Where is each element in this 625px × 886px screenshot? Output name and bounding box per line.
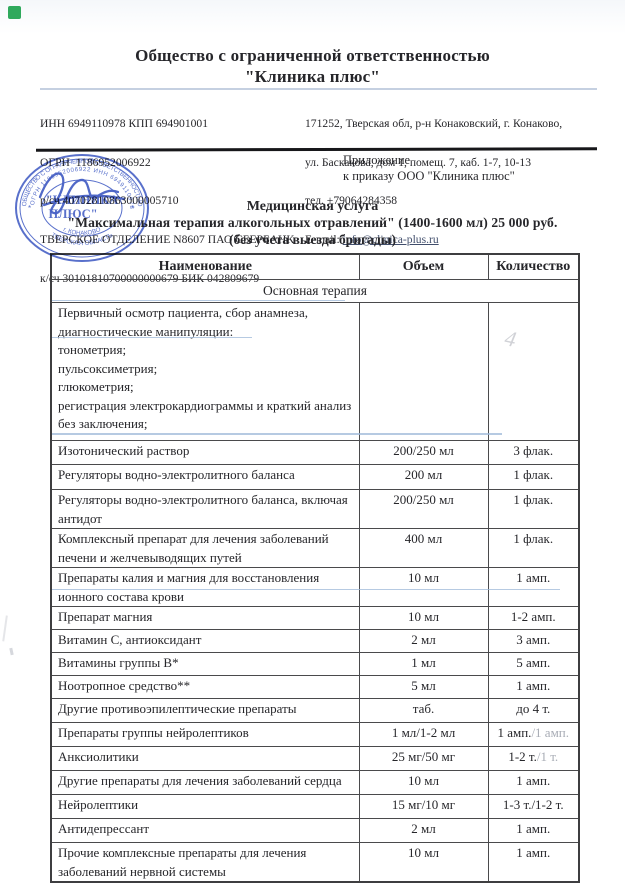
quantity-cell: 1-3 т./1-2 т. <box>488 795 579 819</box>
quantity-cell: 1 флак. <box>488 465 579 490</box>
table-header-row: Наименование Объем Количество <box>51 254 579 280</box>
table-row: Препараты группы нейролептиков1 мл/1-2 м… <box>51 723 579 747</box>
service-note: (без учета выезда бригады) <box>0 232 625 248</box>
item-name-cell: Препараты калия и магния для восстановле… <box>51 568 359 607</box>
header-volume: Объем <box>359 254 488 280</box>
item-name-cell: Антидепрессант <box>51 819 359 843</box>
item-name-cell: Изотонический раствор <box>51 441 359 465</box>
header-divider-thin <box>40 88 597 90</box>
address-line-1: 171252, Тверская обл, р-н Конаковский, г… <box>305 118 562 131</box>
volume-cell: 200 мл <box>359 465 488 490</box>
item-name-cell: Нейролептики <box>51 795 359 819</box>
volume-cell: 15 мг/10 мг <box>359 795 488 819</box>
service-title: Медицинская услуга <box>0 199 625 215</box>
table-row: Ноотропное средство**5 мл1 амп. <box>51 676 579 699</box>
table-row: Витамин С, антиоксидант2 мл3 амп. <box>51 630 579 653</box>
green-marker-icon <box>8 6 21 19</box>
appendix-line-2: к приказу ООО "Клиника плюс" <box>343 169 515 185</box>
item-name-cell: Комплексный препарат для лечения заболев… <box>51 529 359 568</box>
quantity-cell: 1 амп. <box>488 568 579 607</box>
table-body: Первичный осмотр пациента, сбор анамнеза… <box>51 303 579 883</box>
quantity-cell: 1 амп. <box>488 819 579 843</box>
table-row: Прочие комплексные препараты для лечения… <box>51 843 579 883</box>
table-row: Другие противоэпилептические препаратыта… <box>51 699 579 723</box>
volume-cell: 200/250 мл <box>359 490 488 529</box>
quantity-cell: 1 амп./1 амп. <box>488 723 579 747</box>
service-name-price: "Максимальная терапия алкогольных отравл… <box>0 215 625 231</box>
scan-line-artifact <box>52 433 502 435</box>
item-name-cell: Витамины группы В* <box>51 653 359 676</box>
volume-cell: 5 мл <box>359 676 488 699</box>
table-row: Первичный осмотр пациента, сбор анамнеза… <box>51 303 579 441</box>
table-row: Другие препараты для лечения заболеваний… <box>51 771 579 795</box>
quantity-cell <box>488 303 579 441</box>
header-quantity: Количество <box>488 254 579 280</box>
item-name-cell: Препараты группы нейролептиков <box>51 723 359 747</box>
table-row: Комплексный препарат для лечения заболев… <box>51 529 579 568</box>
org-type-title: Общество с ограниченной ответственностью <box>0 46 625 66</box>
volume-cell: 2 мл <box>359 819 488 843</box>
quantity-cell: 3 амп. <box>488 630 579 653</box>
item-name-cell: Регуляторы водно-электролитного баланса <box>51 465 359 490</box>
margin-smudge-artifact <box>2 615 16 642</box>
table-row: Регуляторы водно-электролитного баланса2… <box>51 465 579 490</box>
quantity-cell: 3 флак. <box>488 441 579 465</box>
volume-cell: 10 мл <box>359 771 488 795</box>
appendix-note: Приложение к приказу ООО "Клиника плюс" <box>343 153 515 184</box>
volume-cell: 1 мл <box>359 653 488 676</box>
org-name-title: "Клиника плюс" <box>0 67 625 87</box>
table-row: Регуляторы водно-электролитного баланса,… <box>51 490 579 529</box>
volume-cell: 400 мл <box>359 529 488 568</box>
appendix-line-1: Приложение <box>343 153 515 169</box>
scan-line-artifact <box>52 337 252 338</box>
item-name-cell: Витамин С, антиоксидант <box>51 630 359 653</box>
item-name-cell: Регуляторы водно-электролитного баланса,… <box>51 490 359 529</box>
quantity-cell: 1 амп. <box>488 676 579 699</box>
scan-line-artifact <box>52 300 345 301</box>
quantity-cell: 1 флак. <box>488 490 579 529</box>
table-row: Препараты калия и магния для восстановле… <box>51 568 579 607</box>
table-row: Витамины группы В*1 мл5 амп. <box>51 653 579 676</box>
margin-smudge-artifact <box>9 648 13 655</box>
header-name: Наименование <box>51 254 359 280</box>
volume-cell: 25 мг/50 мг <box>359 747 488 771</box>
item-name-cell: Первичный осмотр пациента, сбор анамнеза… <box>51 303 359 441</box>
quantity-cell: 1 амп. <box>488 843 579 883</box>
item-name-cell: Анксиолитики <box>51 747 359 771</box>
table-row: Анксиолитики25 мг/50 мг1-2 т./1 т. <box>51 747 579 771</box>
scan-noise-band <box>0 0 625 34</box>
volume-cell: 10 мл <box>359 568 488 607</box>
quantity-cell: 5 амп. <box>488 653 579 676</box>
table-row: Антидепрессант2 мл1 амп. <box>51 819 579 843</box>
item-name-cell: Прочие комплексные препараты для лечения… <box>51 843 359 883</box>
item-name-cell: Ноотропное средство** <box>51 676 359 699</box>
item-name-cell: Другие противоэпилептические препараты <box>51 699 359 723</box>
volume-cell: 200/250 мл <box>359 441 488 465</box>
quantity-cell: 1-2 т./1 т. <box>488 747 579 771</box>
inn-kpp-line: ИНН 6949110978 КПП 694901001 <box>40 118 294 131</box>
volume-cell: 10 мл <box>359 607 488 630</box>
quantity-cell: 1 амп. <box>488 771 579 795</box>
volume-cell: таб. <box>359 699 488 723</box>
volume-cell: 1 мл/1-2 мл <box>359 723 488 747</box>
quantity-cell: 1-2 амп. <box>488 607 579 630</box>
table-row: Препарат магния10 мл1-2 амп. <box>51 607 579 630</box>
table-row: Изотонический раствор200/250 мл3 флак. <box>51 441 579 465</box>
ogrn-line: ОГРН 1186952006922 <box>40 157 294 170</box>
services-table: Наименование Объем Количество Основная т… <box>50 253 580 883</box>
volume-cell: 2 мл <box>359 630 488 653</box>
quantity-cell: 1 флак. <box>488 529 579 568</box>
table-row: Нейролептики15 мг/10 мг1-3 т./1-2 т. <box>51 795 579 819</box>
scan-line-artifact <box>52 589 560 590</box>
quantity-cell: до 4 т. <box>488 699 579 723</box>
item-name-cell: Препарат магния <box>51 607 359 630</box>
item-name-cell: Другие препараты для лечения заболеваний… <box>51 771 359 795</box>
volume-cell <box>359 303 488 441</box>
scanned-document-page: Общество с ограниченной ответственностью… <box>0 0 625 886</box>
volume-cell: 10 мл <box>359 843 488 883</box>
